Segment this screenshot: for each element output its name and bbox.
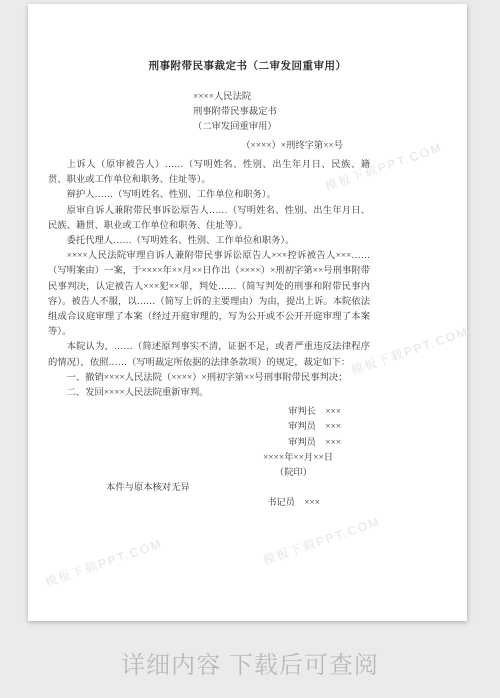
paragraph-court-opinion: 本院认为，……（简述原判事实不清，证据不足，或者严重违反法律程序的情况），依照…… xyxy=(48,340,370,370)
paragraph-case-history: ××××人民法院审理自诉人兼附带民事诉讼原告人×××控诉被告人×××……（写明案… xyxy=(48,249,370,340)
verification-note: 本件与原本核对无异 xyxy=(48,481,370,496)
judge-line-1: 审判员 ××× xyxy=(48,420,370,435)
presiding-judge-line: 审判长 ××× xyxy=(48,405,370,420)
paragraph-agent: 委托代理人……（写明姓名、性别、工作单位和职务）。 xyxy=(48,234,370,249)
date-line: ××××年××月××日 xyxy=(48,451,370,466)
court-seal-label: （院印） xyxy=(48,466,370,481)
case-number: （××××）×刑终字第××号 xyxy=(48,139,370,154)
ruling-item-2: 二、发回××××人民法院重新审判。 xyxy=(48,386,370,401)
clerk-line: 书记员 ××× xyxy=(48,496,370,511)
court-header-block: ××××人民法院 刑事附带民事裁定书 （二审发回重审用） xyxy=(193,90,467,135)
document-body: 上诉人（原审被告人）……（写明姓名、性别、出生年月日、民族、籍贯、职业或工作单位… xyxy=(48,158,370,401)
document-usage-line: （二审发回重审用） xyxy=(193,120,467,135)
document-page: 刑事附带民事裁定书（二审发回重审用） ××××人民法院 刑事附带民事裁定书 （二… xyxy=(28,4,467,621)
document-title: 刑事附带民事裁定书（二审发回重审用） xyxy=(28,58,467,73)
court-name-line: ××××人民法院 xyxy=(193,90,467,105)
document-type-line: 刑事附带民事裁定书 xyxy=(193,105,467,120)
ruling-item-1: 一、撤销××××人民法院（××××）×刑初字第××号刑事附带民事判决； xyxy=(48,371,370,386)
paragraph-defender: 辩护人……（写明姓名、性别、工作单位和职务）。 xyxy=(48,188,370,203)
paragraph-appellant: 上诉人（原审被告人）……（写明姓名、性别、出生年月日、民族、籍贯、职业或工作单位… xyxy=(48,158,370,188)
signature-block: 审判长 ××× 审判员 ××× 审判员 ××× ××××年××月××日 （院印）… xyxy=(48,405,370,511)
bottom-caption: 详细内容 下载后可查阅 xyxy=(0,645,500,680)
paragraph-original-plaintiff: 原审自诉人兼附带民事诉讼原告人……（写明姓名、性别、出生年月日、民族、籍贯、职业… xyxy=(48,204,370,234)
judge-line-2: 审判员 ××× xyxy=(48,436,370,451)
